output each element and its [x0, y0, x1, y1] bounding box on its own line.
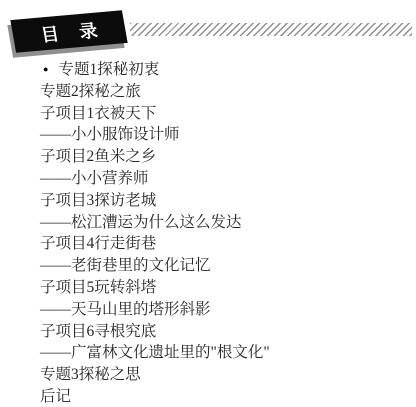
- toc-item-label: 专题2探秘之旅: [40, 83, 141, 100]
- hatch-stripes-decoration: [130, 23, 412, 36]
- toc-item-label: 子项目2鱼米之乡: [40, 148, 156, 165]
- toc-item-label: ——老街巷里的文化记忆: [40, 257, 211, 274]
- toc-item: ——广富林文化遗址里的"根文化": [40, 342, 270, 364]
- toc-item: 专题3探秘之思: [40, 364, 270, 386]
- toc-item: 后记: [40, 386, 270, 407]
- toc-header: 目 录: [0, 0, 416, 58]
- toc-item-label: ——松江漕运为什么这么发达: [40, 214, 242, 231]
- toc-item-label: 专题1探秘初衷: [58, 61, 159, 78]
- toc-item: ——小小服饰设计师: [40, 124, 270, 146]
- toc-item-label: ——小小服饰设计师: [40, 126, 180, 143]
- toc-banner: 目 录: [13, 15, 125, 48]
- toc-item: 子项目6寻根究底: [40, 321, 270, 343]
- toc-item-label: 子项目5玩转斜塔: [40, 279, 156, 296]
- bullet-icon: ●: [43, 59, 48, 81]
- toc-item-label: ——天马山里的塔形斜影: [40, 301, 211, 318]
- toc-item: ●专题1探秘初衷: [40, 59, 270, 81]
- toc-list: ●专题1探秘初衷 专题2探秘之旅 子项目1衣被天下 ——小小服饰设计师 子项目2…: [40, 59, 270, 407]
- toc-item: ——老街巷里的文化记忆: [40, 255, 270, 277]
- toc-item: 专题2探秘之旅: [40, 81, 270, 103]
- toc-item-label: ——广富林文化遗址里的"根文化": [40, 344, 270, 361]
- toc-item-label: 子项目1衣被天下: [40, 105, 156, 122]
- toc-item-label: 子项目3探访老城: [40, 192, 156, 209]
- toc-item-label: 后记: [40, 388, 71, 405]
- toc-item: ——天马山里的塔形斜影: [40, 299, 270, 321]
- toc-item: 子项目2鱼米之乡: [40, 146, 270, 168]
- toc-item-label: 专题3探秘之思: [40, 366, 141, 383]
- toc-item-label: 子项目4行走街巷: [40, 235, 156, 252]
- toc-item-label: ——小小营养师: [40, 170, 149, 187]
- toc-item: 子项目5玩转斜塔: [40, 277, 270, 299]
- toc-item: 子项目4行走街巷: [40, 233, 270, 255]
- toc-item: 子项目1衣被天下: [40, 103, 270, 125]
- toc-item-label: 子项目6寻根究底: [40, 323, 156, 340]
- toc-item: ——松江漕运为什么这么发达: [40, 212, 270, 234]
- toc-item: ——小小营养师: [40, 168, 270, 190]
- toc-item: 子项目3探访老城: [40, 190, 270, 212]
